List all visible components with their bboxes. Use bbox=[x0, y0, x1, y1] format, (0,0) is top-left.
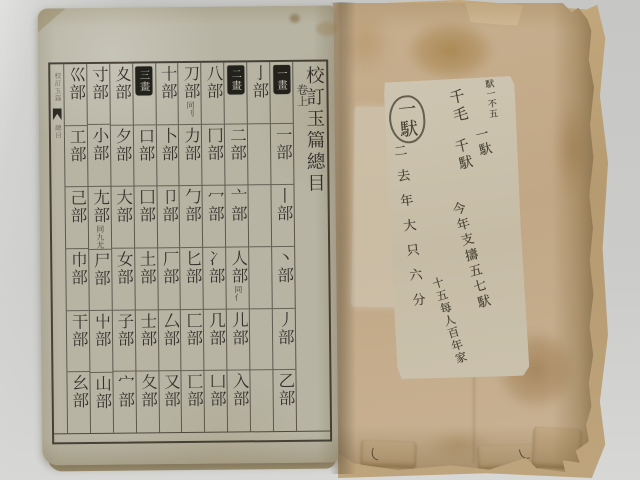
toc-table-grid: 校訂玉篇總目 卷上 一畫一部丨部丶部丿部乙部亅部二畫二部亠部人部同亻儿部入部八部… bbox=[50, 62, 330, 435]
radical-text: 冫部 bbox=[206, 250, 223, 285]
radical-cell: 小部 bbox=[88, 125, 111, 187]
radical-cell: 匚部 bbox=[181, 310, 204, 372]
empty-cell bbox=[249, 247, 272, 309]
radical-text: 厶部 bbox=[161, 312, 178, 347]
radical-text: 寸部 bbox=[90, 66, 107, 101]
radical-cell: 尢部同九尤 bbox=[88, 187, 111, 250]
stroke-count-cell: 三畫 bbox=[133, 63, 156, 125]
radical-text: 囗部 bbox=[137, 189, 154, 224]
radical-text: 宀部 bbox=[116, 374, 133, 409]
radical-text: 夕部 bbox=[113, 127, 130, 162]
left-page: 校訂玉篇總目 卷上 一畫一部丨部丶部丿部乙部亅部二畫二部亠部人部同亻儿部入部八部… bbox=[38, 5, 339, 465]
radical-cell: 夊部 bbox=[110, 64, 133, 126]
radical-text: 女部 bbox=[115, 251, 132, 286]
radical-text: 工部 bbox=[68, 128, 85, 163]
radical-cell: 卩部 bbox=[157, 186, 180, 248]
radical-text: 丶部 bbox=[275, 249, 292, 284]
radical-cell: 八部 bbox=[202, 63, 225, 125]
radical-cell: 寸部 bbox=[87, 64, 110, 126]
radical-cell: 力部 bbox=[179, 125, 202, 187]
radical-cell: 巛部 bbox=[64, 64, 87, 126]
radical-cell: 人部同亻 bbox=[226, 247, 249, 309]
radical-text: 儿部 bbox=[230, 311, 247, 346]
radical-cell: 二部 bbox=[225, 124, 248, 186]
radical-cell: 丶部 bbox=[272, 247, 295, 309]
radical-cell: 乙部 bbox=[274, 370, 297, 431]
stroke-count-badge: 二畫 bbox=[227, 65, 244, 94]
radical-text: 乙部 bbox=[276, 372, 293, 407]
title-column: 校訂玉篇總目 卷上 bbox=[292, 62, 330, 431]
radical-cell: 干部 bbox=[67, 311, 90, 373]
radical-text: 屮部 bbox=[92, 313, 109, 348]
radical-text: 匸部 bbox=[185, 373, 202, 408]
fold-subtitle-text: 總目 bbox=[53, 124, 62, 139]
radical-text: 冂部 bbox=[205, 126, 222, 161]
radical-text: 又部 bbox=[162, 373, 179, 408]
radical-cell: 刀部同刂 bbox=[179, 63, 202, 125]
radical-text: 巾部 bbox=[69, 251, 86, 286]
empty-cell bbox=[250, 309, 273, 371]
radical-grid: 一畫一部丨部丶部丿部乙部亅部二畫二部亠部人部同亻儿部入部八部冂部冖部冫部几部凵部… bbox=[63, 62, 296, 433]
radical-cell: 山部 bbox=[90, 372, 113, 433]
radical-text: 亠部 bbox=[228, 188, 245, 223]
radical-cell: 工部 bbox=[65, 126, 88, 188]
radical-cell: 宀部 bbox=[113, 372, 136, 433]
toc-table: 校訂玉篇總目 卷上 一畫一部丨部丶部丿部乙部亅部二畫二部亠部人部同亻儿部入部八部… bbox=[48, 60, 332, 445]
radical-cell: 丿部 bbox=[273, 309, 296, 371]
stroke-count-badge: 一畫 bbox=[273, 65, 290, 94]
radical-cell: 匸部 bbox=[182, 371, 205, 432]
radical-cell: 几部 bbox=[204, 309, 227, 371]
page-edge-toning bbox=[333, 3, 594, 472]
radical-cell: 冫部 bbox=[204, 248, 227, 310]
radical-cell: 冖部 bbox=[203, 186, 226, 248]
radical-text: 凵部 bbox=[208, 373, 225, 408]
radical-text: 卩部 bbox=[160, 188, 177, 223]
right-page: 䭾一不五千毛一馱千䭾今年支擣五七䭾十五每人百年家一䭾二去年大只六分 bbox=[333, 3, 594, 472]
worn-corner bbox=[38, 8, 66, 32]
radical-cell: 屮部 bbox=[90, 311, 113, 373]
radical-text: 一部 bbox=[274, 126, 291, 161]
fold-title-text: 校訂玉篇 bbox=[52, 72, 61, 102]
radical-cell: 幺部 bbox=[67, 372, 90, 433]
radical-cell: 己部 bbox=[65, 187, 88, 249]
radical-text: 冖部 bbox=[206, 188, 223, 223]
radical-text: 卜部 bbox=[159, 127, 176, 162]
radical-cell: 尸部 bbox=[89, 250, 112, 312]
radical-text: 二部 bbox=[228, 126, 245, 161]
radical-cell: 凵部 bbox=[205, 371, 228, 432]
radical-cell: 十部 bbox=[156, 63, 179, 125]
radical-text: 匚部 bbox=[184, 312, 201, 347]
radical-text: 幺部 bbox=[70, 374, 87, 409]
radical-cell: 厂部 bbox=[158, 248, 181, 310]
radical-text: 匕部 bbox=[183, 250, 200, 285]
empty-cell bbox=[248, 124, 271, 186]
radical-cell: 夂部 bbox=[136, 372, 159, 433]
radical-text: 亅部 bbox=[250, 64, 267, 99]
radical-cell: 入部 bbox=[228, 371, 251, 432]
radical-text: 土部 bbox=[138, 250, 155, 285]
radical-text: 巛部 bbox=[67, 66, 84, 101]
radical-cell: 一部 bbox=[271, 124, 294, 186]
stroke-count-badge: 三畫 bbox=[135, 66, 152, 95]
radical-text: 厂部 bbox=[160, 250, 177, 285]
book-photo: 䭾一不五千毛一馱千䭾今年支擣五七䭾十五每人百年家一䭾二去年大只六分 校訂玉篇總目… bbox=[0, 0, 640, 480]
stroke-count-cell: 二畫 bbox=[224, 62, 247, 124]
radical-text: 人部 bbox=[229, 249, 246, 284]
radical-text: 入部 bbox=[230, 373, 247, 408]
radical-text: 八部 bbox=[204, 65, 221, 100]
variant-note: 同亻 bbox=[234, 285, 242, 301]
radical-cell: 口部 bbox=[133, 125, 156, 187]
radical-text: 勹部 bbox=[183, 188, 200, 223]
empty-cell bbox=[251, 370, 274, 431]
radical-cell: 子部 bbox=[113, 310, 136, 372]
radical-cell: 冂部 bbox=[202, 124, 225, 186]
radical-text: 尢部 bbox=[91, 189, 108, 224]
radical-cell: 儿部 bbox=[227, 309, 250, 371]
radical-text: 山部 bbox=[93, 374, 110, 409]
radical-cell: 夕部 bbox=[111, 125, 134, 187]
radical-cell: 土部 bbox=[135, 248, 158, 310]
radical-cell: 丨部 bbox=[272, 185, 295, 247]
radical-cell: 卜部 bbox=[156, 125, 179, 187]
radical-cell: 匕部 bbox=[181, 248, 204, 310]
variant-note: 同刂 bbox=[186, 101, 194, 117]
radical-cell: 女部 bbox=[112, 249, 135, 311]
radical-text: 子部 bbox=[115, 312, 132, 347]
radical-text: 几部 bbox=[207, 311, 224, 346]
radical-text: 夊部 bbox=[113, 66, 130, 101]
stroke-count-cell: 一畫 bbox=[270, 62, 293, 124]
radical-cell: 巾部 bbox=[66, 249, 89, 311]
radical-cell: 厶部 bbox=[158, 310, 181, 372]
radical-text: 尸部 bbox=[92, 252, 109, 287]
radical-text: 刀部 bbox=[181, 65, 198, 100]
radical-text: 小部 bbox=[90, 127, 107, 162]
radical-text: 大部 bbox=[114, 189, 131, 224]
radical-text: 士部 bbox=[138, 312, 155, 347]
fishtail-icon bbox=[53, 108, 62, 120]
radical-text: 干部 bbox=[69, 313, 86, 348]
volume-label: 卷上 bbox=[293, 84, 309, 107]
stain-dot bbox=[290, 14, 300, 23]
radical-cell: 又部 bbox=[159, 371, 182, 432]
radical-text: 口部 bbox=[136, 127, 153, 162]
radical-cell: 囗部 bbox=[134, 187, 157, 249]
radical-text: 丨部 bbox=[274, 187, 291, 222]
radical-cell: 亠部 bbox=[226, 186, 249, 248]
variant-note: 同九尤 bbox=[96, 225, 104, 249]
radical-cell: 士部 bbox=[135, 310, 158, 372]
radical-text: 十部 bbox=[158, 65, 175, 100]
radical-cell: 大部 bbox=[111, 187, 134, 249]
radical-text: 己部 bbox=[68, 189, 85, 224]
empty-cell bbox=[249, 185, 272, 247]
radical-cell: 勹部 bbox=[180, 186, 203, 248]
radical-cell: 亅部 bbox=[247, 62, 270, 124]
radical-text: 夂部 bbox=[139, 374, 156, 409]
radical-text: 丿部 bbox=[276, 311, 293, 346]
radical-text: 力部 bbox=[182, 127, 199, 162]
